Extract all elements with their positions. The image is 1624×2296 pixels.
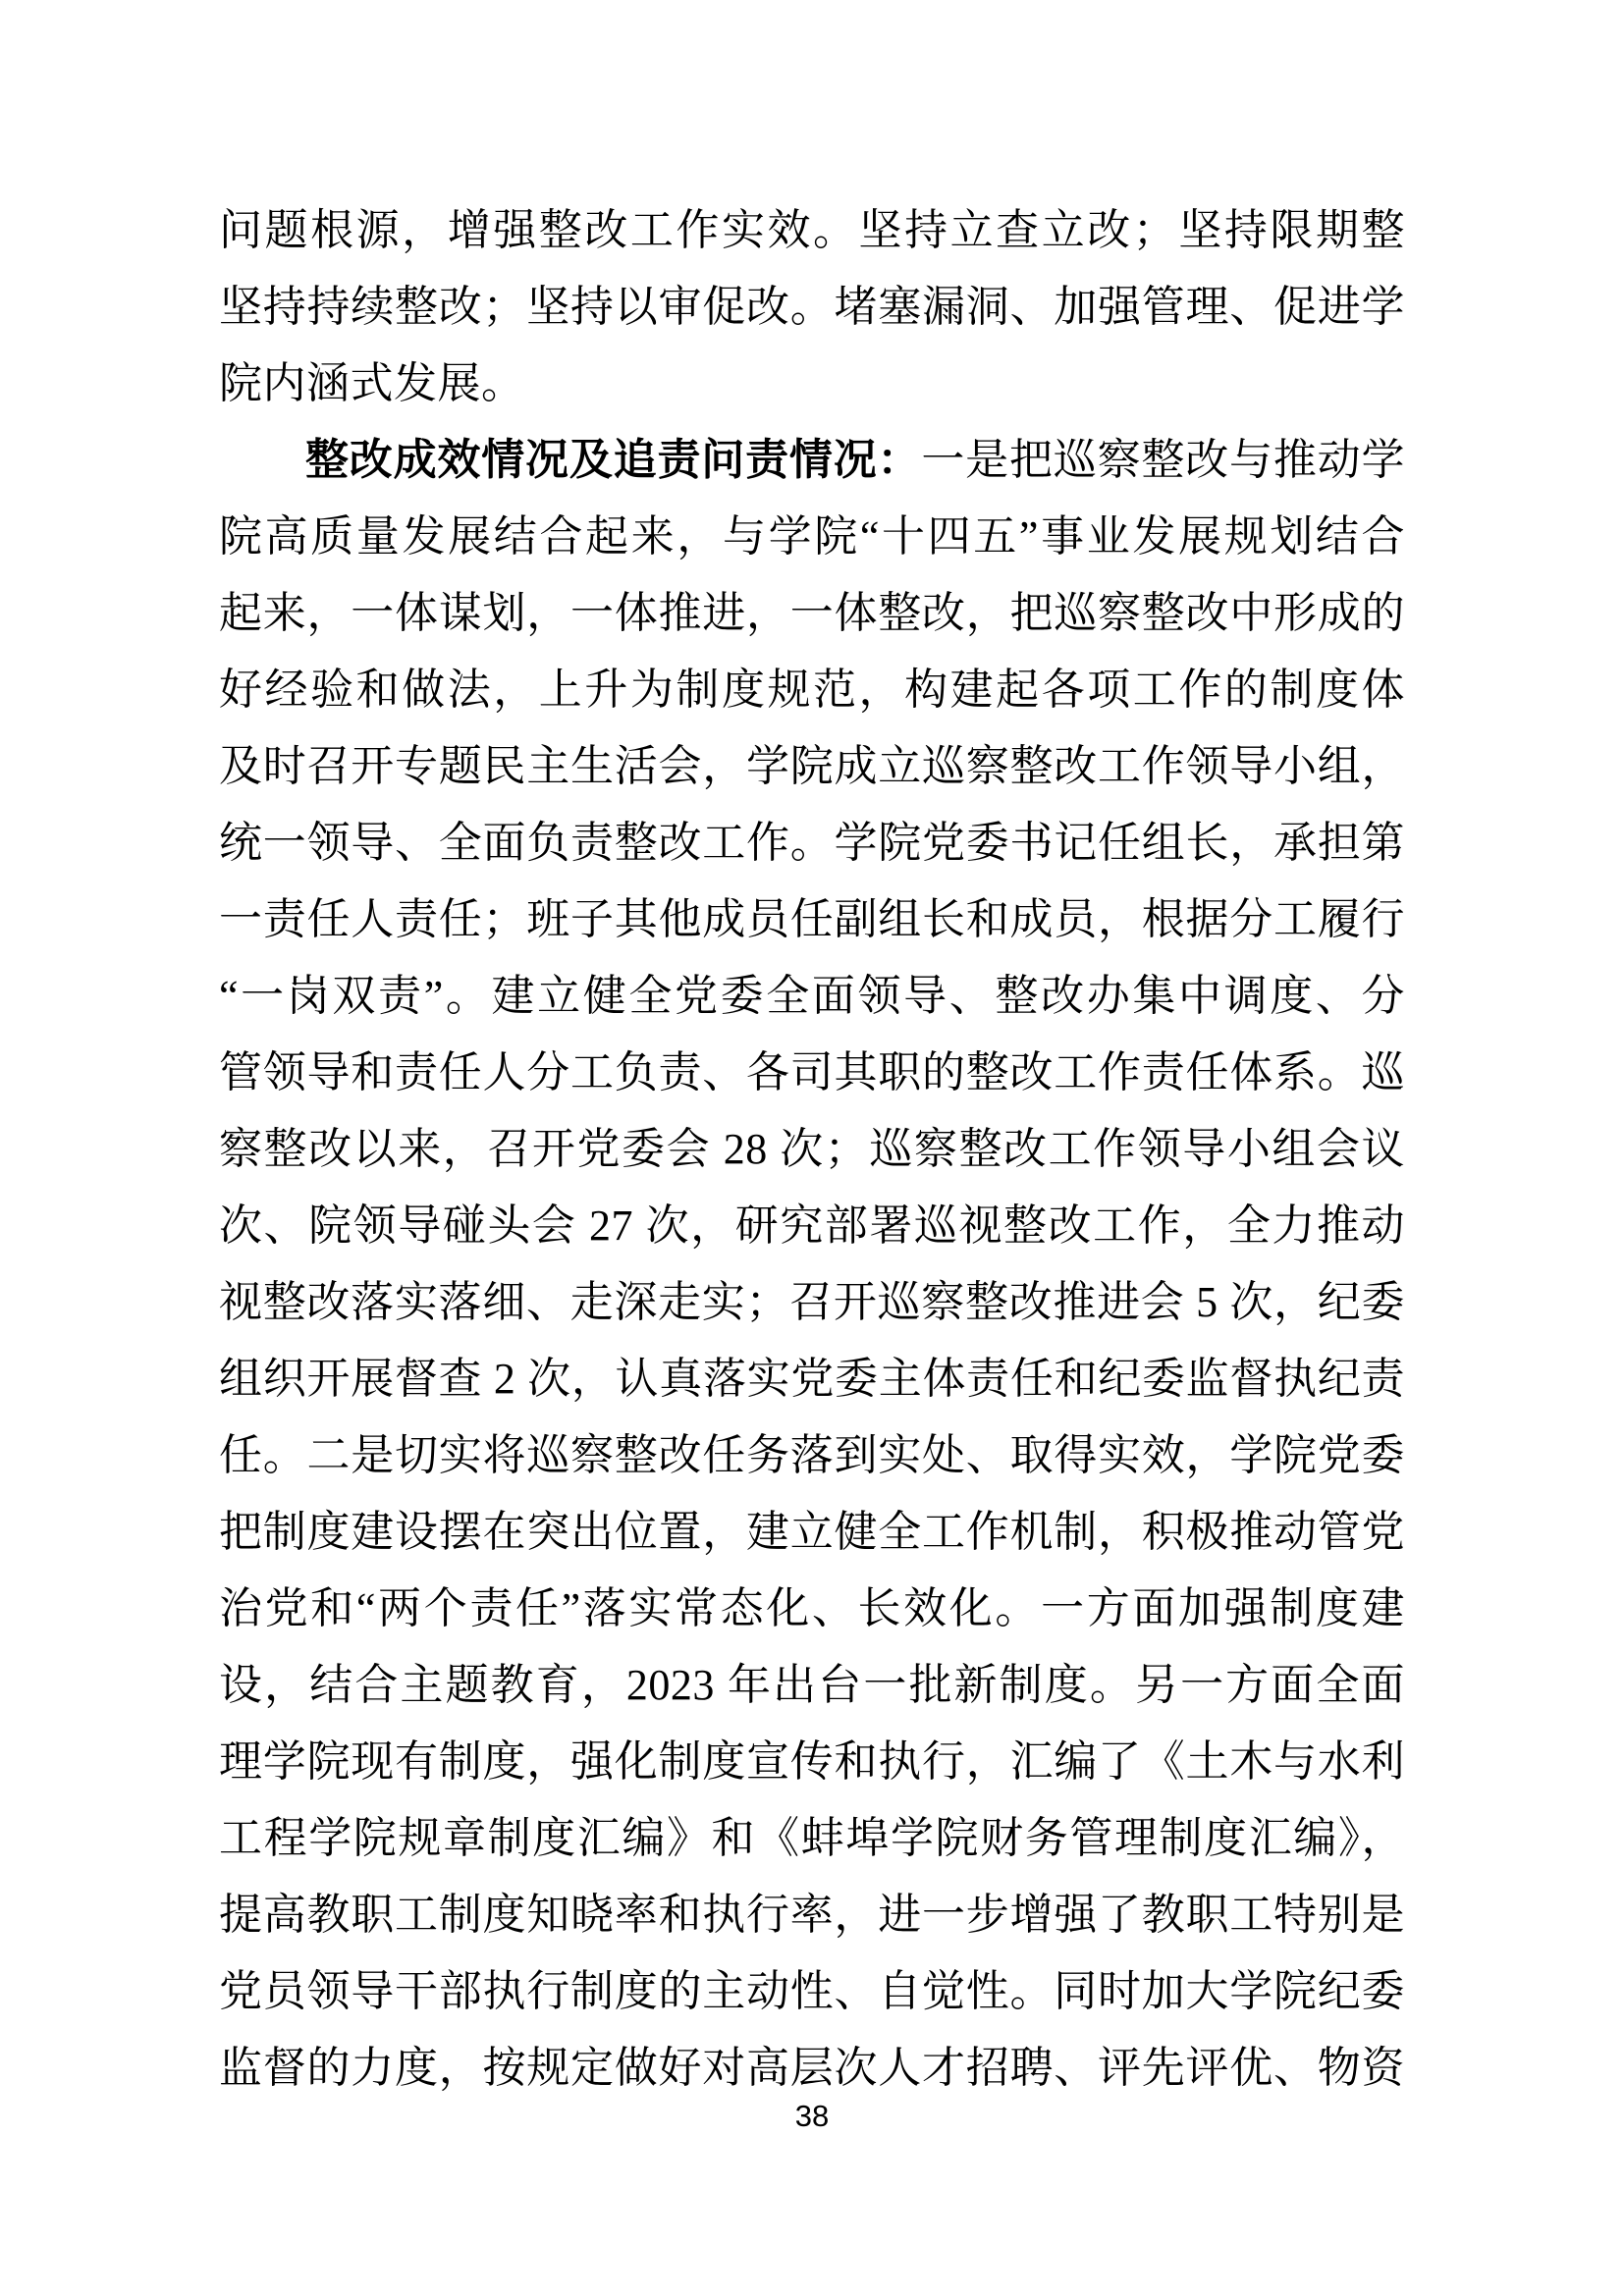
paragraph2-line-7: 一责任人责任；班子其他成员任副组长和成员，根据分工履行 bbox=[219, 881, 1405, 958]
paragraph2-line-5: 及时召开专题民主生活会，学院成立巡察整改工作领导小组， bbox=[219, 728, 1405, 805]
paragraph2-line-10: 察整改以来，召开党委会 28 次；巡察整改工作领导小组会议 5 bbox=[219, 1111, 1405, 1188]
paragraph2-line-12: 视整改落实落细、走深走实；召开巡察整改推进会 5 次，纪委 bbox=[219, 1264, 1405, 1341]
paragraph2-line-15: 把制度建设摆在突出位置，建立健全工作机制，积极推动管党 bbox=[219, 1494, 1405, 1571]
paragraph2-line-6: 统一领导、全面负责整改工作。学院党委书记任组长，承担第 bbox=[219, 805, 1405, 881]
paragraph2-line-8: “一岗双责”。建立健全党委全面领导、整改办集中调度、分 bbox=[219, 958, 1405, 1035]
paragraph2-bold-heading: 整改成效情况及追责问责情况： bbox=[305, 436, 921, 484]
paragraph2-line-16: 治党和“两个责任”落实常态化、长效化。一方面加强制度建 bbox=[219, 1571, 1405, 1647]
paragraph2-line-9: 管领导和责任人分工负责、各司其职的整改工作责任体系。巡 bbox=[219, 1035, 1405, 1111]
paragraph2-line-20: 提高教职工制度知晓率和执行率，进一步增强了教职工特别是 bbox=[219, 1877, 1405, 1953]
paragraph2-line-1: 整改成效情况及追责问责情况：一是把巡察整改与推动学 bbox=[219, 422, 1405, 499]
paragraph2-line-1-text: 一是把巡察整改与推动学 bbox=[921, 436, 1405, 484]
paragraph1-line-3: 院内涵式发展。 bbox=[219, 346, 1405, 422]
paragraph2-line-2: 院高质量发展结合起来，与学院“十四五”事业发展规划结合 bbox=[219, 499, 1405, 575]
paragraph2-line-13: 组织开展督查 2 次，认真落实党委主体责任和纪委监督执纪责 bbox=[219, 1341, 1405, 1417]
paragraph2-line-14: 任。二是切实将巡察整改任务落到实处、取得实效，学院党委 bbox=[219, 1417, 1405, 1494]
paragraph1-line-1: 问题根源，增强整改工作实效。坚持立查立改；坚持限期整改； bbox=[219, 192, 1405, 269]
paragraph2-line-11: 次、院领导碰头会 27 次，研究部署巡视整改工作，全力推动巡 bbox=[219, 1188, 1405, 1264]
paragraph2-line-3: 起来，一体谋划，一体推进，一体整改，把巡察整改中形成的 bbox=[219, 575, 1405, 652]
paragraph2-line-19: 工程学院规章制度汇编》和《蚌埠学院财务管理制度汇编》， bbox=[219, 1800, 1405, 1877]
text-block: 问题根源，增强整改工作实效。坚持立查立改；坚持限期整改； 坚持持续整改；坚持以审… bbox=[219, 192, 1405, 2107]
paragraph2-line-21: 党员领导干部执行制度的主动性、自觉性。同时加大学院纪委 bbox=[219, 1953, 1405, 2030]
document-page: 问题根源，增强整改工作实效。坚持立查立改；坚持限期整改； 坚持持续整改；坚持以审… bbox=[0, 0, 1624, 2296]
paragraph2-line-4: 好经验和做法，上升为制度规范，构建起各项工作的制度体系。 bbox=[219, 652, 1405, 728]
paragraph1-line-2: 坚持持续整改；坚持以审促改。堵塞漏洞、加强管理、促进学 bbox=[219, 269, 1405, 346]
page-number: 38 bbox=[0, 2095, 1624, 2138]
paragraph2-line-17: 设，结合主题教育，2023 年出台一批新制度。另一方面全面梳 bbox=[219, 1647, 1405, 1724]
paragraph2-line-18: 理学院现有制度，强化制度宣传和执行，汇编了《土木与水利 bbox=[219, 1724, 1405, 1800]
